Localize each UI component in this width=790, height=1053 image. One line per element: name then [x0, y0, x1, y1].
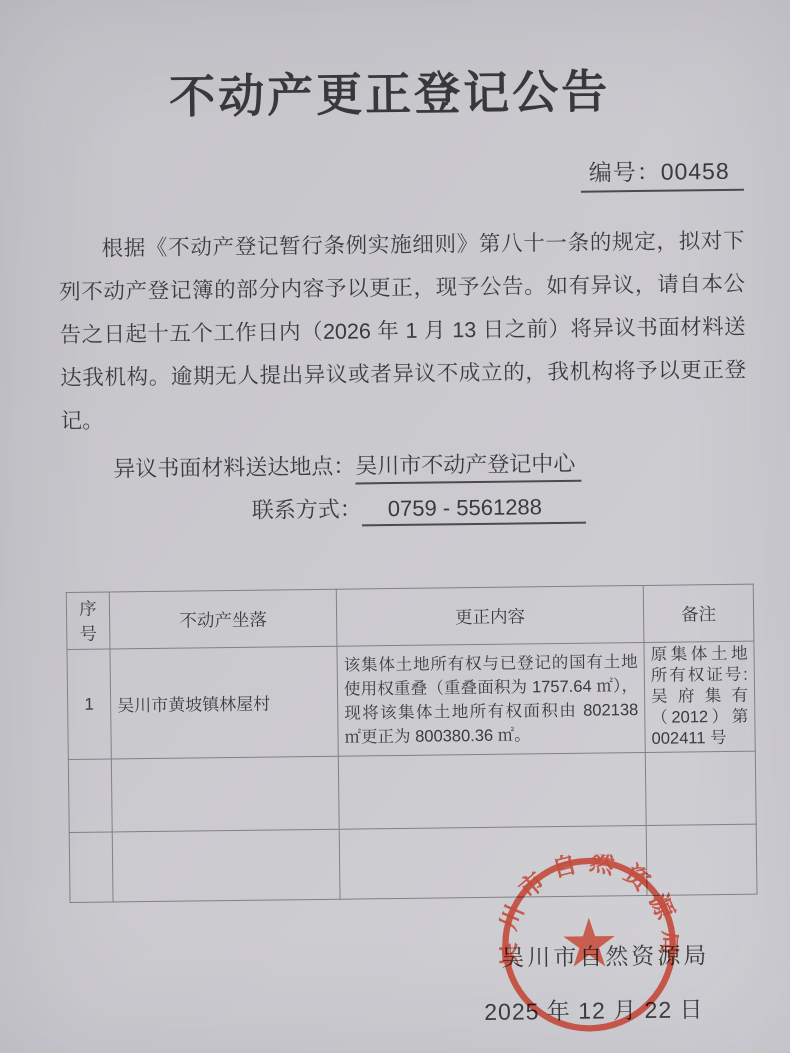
signature-block: 吴川市自然资源局 2025 年 12 月 22 日: [443, 936, 768, 1027]
cell-property-location: [112, 829, 340, 902]
photographed-announcement-page: 不动产更正登记公告 编号：00458 根据《不动产登记暂行条例实施细则》第八十一…: [0, 0, 790, 1053]
delivery-address-label: 异议书面材料送达地点：: [113, 453, 355, 481]
paper-content: 不动产更正登记公告 编号：00458 根据《不动产登记暂行条例实施细则》第八十一…: [0, 0, 790, 1053]
cell-property-location: 吴川市黄坡镇林屋村: [110, 646, 338, 759]
header-remark: 备注: [643, 584, 754, 642]
contact-line: 联系方式：0759 - 5561288: [252, 490, 587, 528]
cell-correction-content: [338, 752, 646, 829]
table-header-row: 序号 不动产坐落 更正内容 备注: [66, 584, 754, 649]
table-row: 1 吴川市黄坡镇林屋村 该集体土地所有权与已登记的国有土地使用权重叠（重叠面积为…: [67, 641, 755, 759]
table-row-empty: [68, 751, 756, 832]
contact-label: 联系方式：: [252, 496, 362, 522]
cell-seq-no: [68, 759, 112, 833]
doc-number: 编号：00458: [581, 153, 744, 193]
cell-remark: 原集体土地所有权证号:吴府集有（2012）第002411 号: [644, 641, 755, 752]
issue-date: 2025 年 12 月 22 日: [432, 991, 756, 1028]
correction-table: 序号 不动产坐落 更正内容 备注 1 吴川市黄坡镇林屋村 该集体土地所有权与已登…: [66, 584, 758, 903]
delivery-address-line: 异议书面材料送达地点：吴川市不动产登记中心: [113, 447, 581, 488]
cell-property-location: [111, 756, 339, 832]
cell-remark: [646, 824, 757, 895]
announcement-body-paragraph: 根据《不动产登记暂行条例实施细则》第八十一条的规定，拟对下列不动产登记簿的部分内…: [58, 220, 747, 443]
issuing-authority: 吴川市自然资源局: [443, 936, 767, 973]
cell-seq-no: [69, 832, 113, 903]
table-row-empty: [69, 824, 757, 902]
header-seq-no: 序号: [66, 592, 110, 650]
cell-correction-content: 该集体土地所有权与已登记的国有土地使用权重叠（重叠面积为 1757.64 ㎡），…: [337, 642, 645, 756]
cell-remark: [645, 751, 756, 825]
doc-number-value: 编号：00458: [581, 153, 744, 193]
delivery-address-value: 吴川市不动产登记中心: [355, 447, 581, 485]
cell-correction-content: [339, 825, 647, 899]
cell-seq-no: 1: [67, 649, 111, 760]
header-correction-content: 更正内容: [336, 585, 644, 646]
contact-phone-value: 0759 - 5561288: [362, 494, 586, 527]
page-title: 不动产更正登记公告: [0, 53, 785, 129]
header-property-location: 不动产坐落: [109, 589, 337, 649]
